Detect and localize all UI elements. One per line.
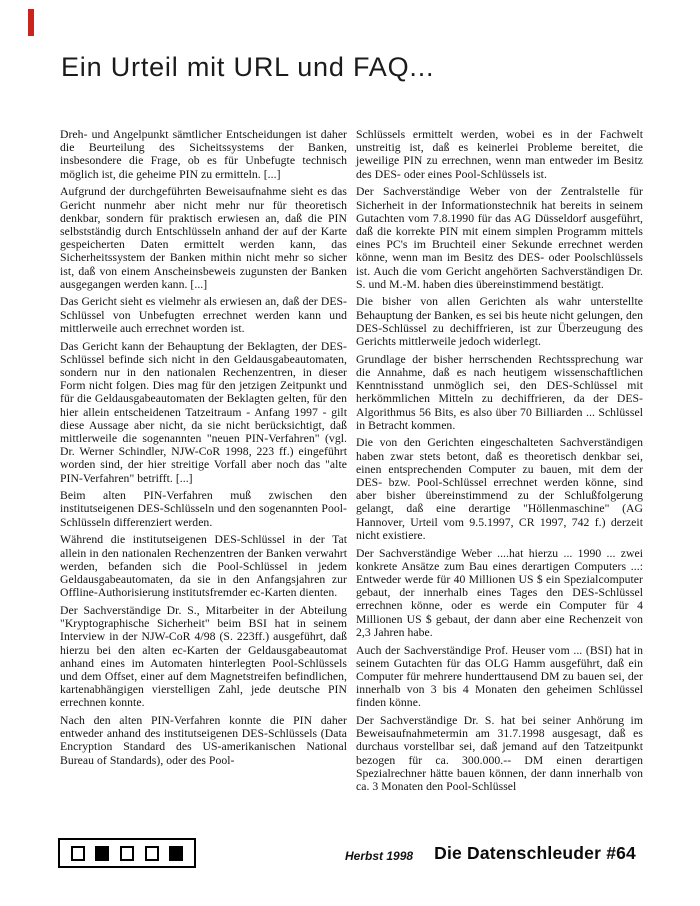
paragraph: Aufgrund der durchgeführten Beweisaufnah… [60,185,347,291]
registration-marks-box [58,838,196,868]
column-right: Schlüssels ermittelt werden, wobei es in… [356,128,643,798]
magazine-page: Ein Urteil mit URL und FAQ... Dreh- und … [0,0,700,906]
column-left: Dreh- und Angelpunkt sämtlicher Entschei… [60,128,347,798]
paragraph: Dreh- und Angelpunkt sämtlicher Entschei… [60,128,347,181]
magazine-title: Die Datenschleuder #64 [434,843,636,864]
page-title: Ein Urteil mit URL und FAQ... [61,52,434,83]
paragraph: Schlüssels ermittelt werden, wobei es in… [356,128,643,181]
red-edge-mark [28,9,34,36]
paragraph: Das Gericht kann der Behauptung der Bekl… [60,340,347,485]
paragraph: Nach den alten PIN-Verfahren konnte die … [60,714,347,767]
open-square-mark [120,846,134,861]
filled-square-mark [169,846,183,861]
paragraph: Der Sachverständige Weber von der Zentra… [356,185,643,291]
open-square-mark [71,846,85,861]
paragraph: Während die institutseigenen DES-Schlüss… [60,533,347,599]
paragraph: Beim alten PIN-Verfahren muß zwischen de… [60,489,347,529]
paragraph: Die von den Gerichten eingeschalteten Sa… [356,436,643,542]
paragraph: Der Sachverständige Weber ....hat hierzu… [356,547,643,639]
paragraph: Grundlage der bisher herrschenden Rechts… [356,353,643,432]
paragraph: Auch der Sachverständige Prof. Heuser vo… [356,644,643,710]
article-body: Dreh- und Angelpunkt sämtlicher Entschei… [60,128,643,798]
paragraph: Das Gericht sieht es vielmehr als erwies… [60,295,347,335]
paragraph: Der Sachverständige Dr. S. hat bei seine… [356,714,643,793]
open-square-mark [145,846,159,861]
paragraph: Die bisher von allen Gerichten als wahr … [356,295,643,348]
paragraph: Der Sachverständige Dr. S., Mitarbeiter … [60,604,347,710]
issue-season-label: Herbst 1998 [345,849,413,863]
filled-square-mark [95,846,109,861]
